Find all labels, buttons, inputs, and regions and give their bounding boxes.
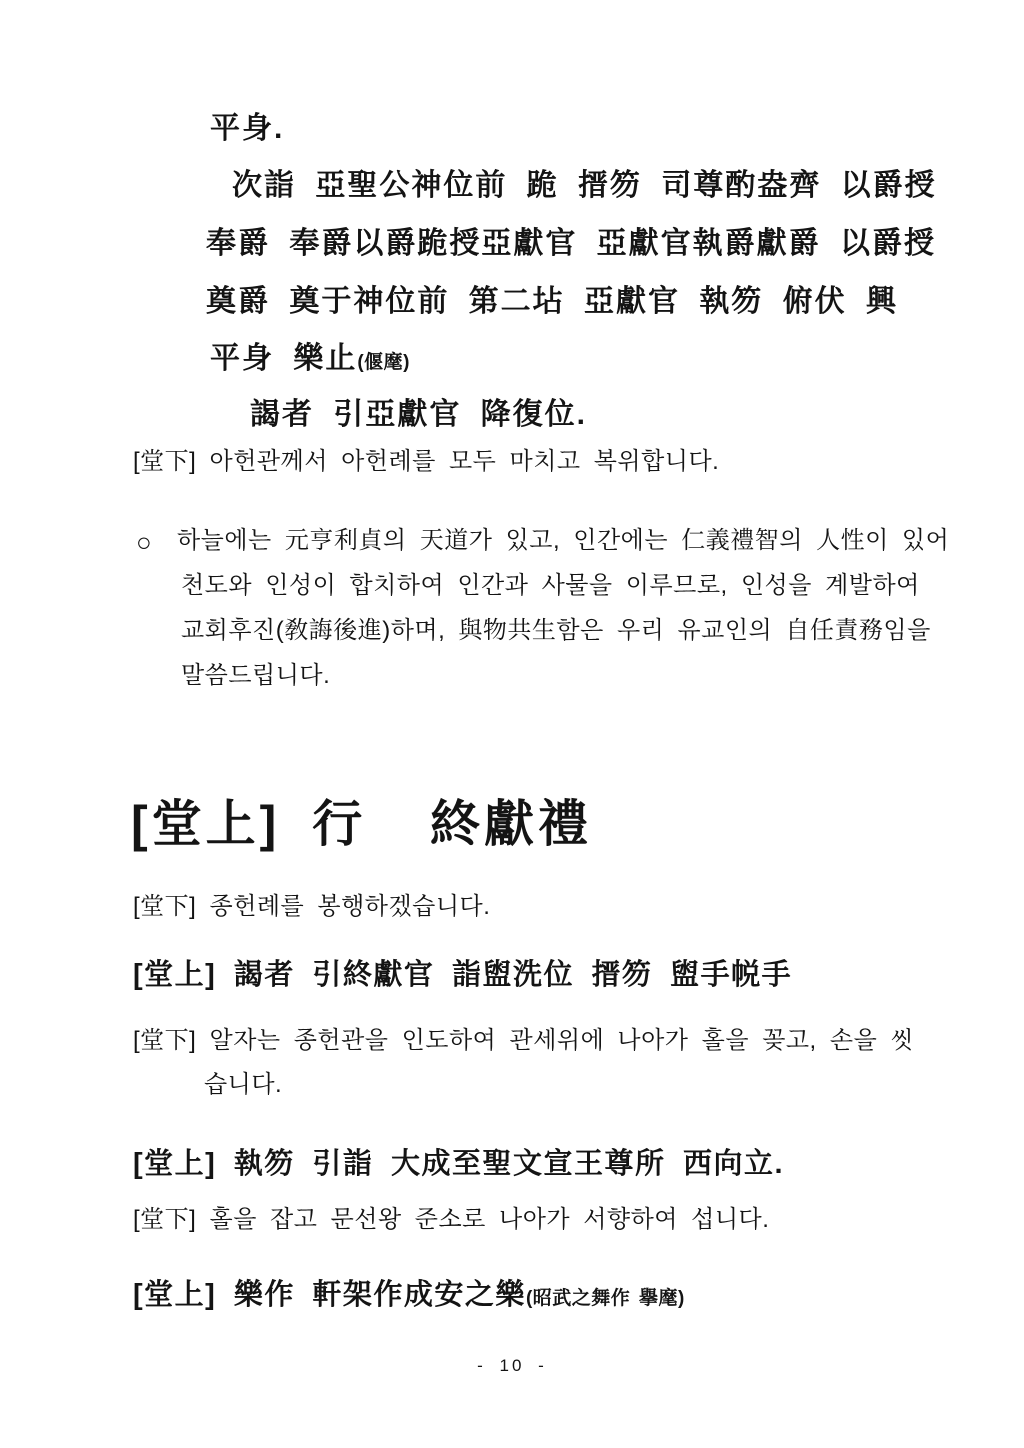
jongheon-step1-dangsang-line: [堂上] 謁者 引終獻官 詣盥洗位 搢笏 盥手帨手 bbox=[133, 960, 792, 992]
jongheon-step3-dangsang-text: [堂上] 樂作 軒架作成安之樂 bbox=[133, 1279, 526, 1311]
document-page: 平身. 次詣 亞聖公神位前 跪 搢笏 司尊酌盎齊 以爵授 奉爵 奉爵以爵跪授亞獻… bbox=[0, 0, 1024, 1448]
aheon-ritual-line-4: 奠爵 奠于神位前 第二坫 亞獻官 執笏 俯伏 興 bbox=[206, 285, 898, 318]
aheon-ritual-line-5-text: 平身 樂止 bbox=[210, 342, 357, 375]
circle-bullet-icon: ○ bbox=[136, 527, 152, 558]
jongheon-step3-dangsang-line: [堂上] 樂作 軒架作成安之樂(昭武之舞作 擧麾) bbox=[133, 1280, 685, 1312]
jongheon-step2-dangsang-line: [堂上] 執笏 引詣 大成至聖文宣王尊所 西向立. bbox=[133, 1149, 784, 1181]
aheon-dangha-narration: [堂下] 아헌관께서 아헌례를 모두 마치고 복위합니다. bbox=[133, 449, 719, 475]
jongheon-intro-narration: [堂下] 종헌례를 봉행하겠습니다. bbox=[133, 894, 490, 920]
notice-line-1: 하늘에는 元亨利貞의 天道가 있고, 인간에는 仁義禮智의 人性이 있어 bbox=[177, 528, 949, 554]
jongheon-section-heading: [堂上] 行 終獻禮 bbox=[131, 797, 592, 852]
aheon-ritual-line-5: 平身 樂止(偃麾) bbox=[210, 342, 410, 375]
aheon-ritual-line-6: 謁者 引亞獻官 降復位. bbox=[250, 398, 587, 431]
jongheon-step2-dangha-line: [堂下] 홀을 잡고 문선왕 준소로 나아가 서향하여 섭니다. bbox=[133, 1207, 769, 1233]
jongheon-step1-dangha-line-1: [堂下] 알자는 종헌관을 인도하여 관세위에 나아가 홀을 꽂고, 손을 씻 bbox=[133, 1028, 914, 1054]
dance-annotation: (昭武之舞作 擧麾) bbox=[526, 1288, 685, 1309]
notice-line-2: 천도와 인성이 합치하여 인간과 사물을 이루므로, 인성을 계발하여 bbox=[181, 573, 920, 599]
notice-line-4: 말씀드립니다. bbox=[181, 663, 330, 689]
aheon-ritual-line-3: 奉爵 奉爵以爵跪授亞獻官 亞獻官執爵獻爵 以爵授 bbox=[206, 227, 936, 260]
aheon-ritual-line-1: 平身. bbox=[210, 112, 284, 145]
notice-line-3: 교회후진(敎誨後進)하며, 與物共生함은 우리 유교인의 自任責務임을 bbox=[181, 618, 931, 644]
aheon-ritual-line-2: 次詣 亞聖公神位前 跪 搢笏 司尊酌盎齊 以爵授 bbox=[232, 169, 937, 202]
music-stop-annotation: (偃麾) bbox=[357, 352, 410, 373]
page-number: - 10 - bbox=[0, 1356, 1024, 1376]
jongheon-step1-dangha-line-2: 습니다. bbox=[204, 1072, 282, 1098]
